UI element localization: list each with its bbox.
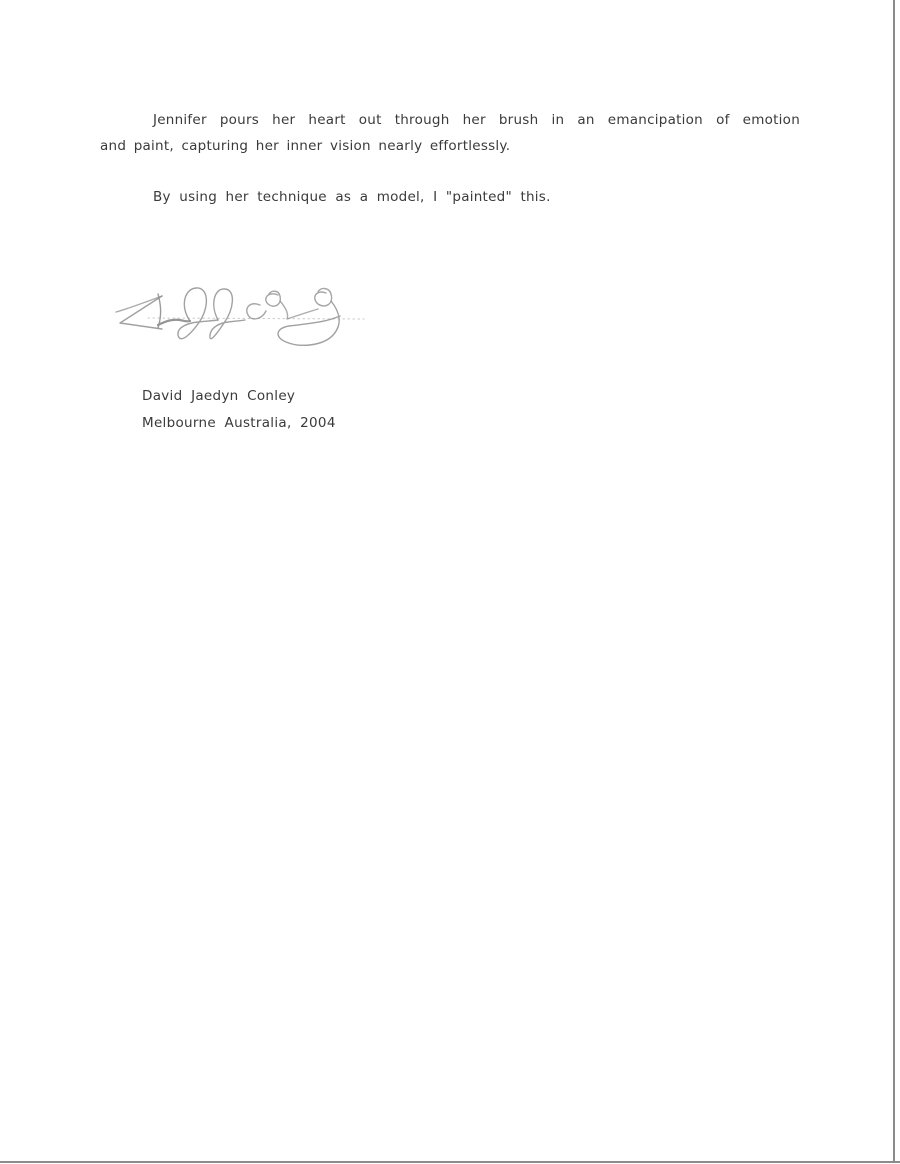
attribution-place-date: Melbourne Australia, 2004 [142,410,336,437]
paragraph-1: Jennifer pours her heart out through her… [100,107,800,159]
signature-image [112,281,368,355]
page-right-edge [893,0,895,1162]
page-bottom-edge [0,1161,900,1164]
attribution-author: David Jaedyn Conley [142,383,336,410]
attribution-block: David Jaedyn Conley Melbourne Australia,… [142,383,336,436]
paragraph-1-line-2: and paint, capturing her inner vision ne… [100,133,800,159]
paragraph-1-line-1: Jennifer pours her heart out through her… [100,107,800,133]
paragraph-2: By using her technique as a model, I "pa… [100,184,800,210]
signature-strokes [116,288,364,345]
document-page: Jennifer pours her heart out through her… [0,0,900,1164]
body-text: Jennifer pours her heart out through her… [100,107,800,210]
